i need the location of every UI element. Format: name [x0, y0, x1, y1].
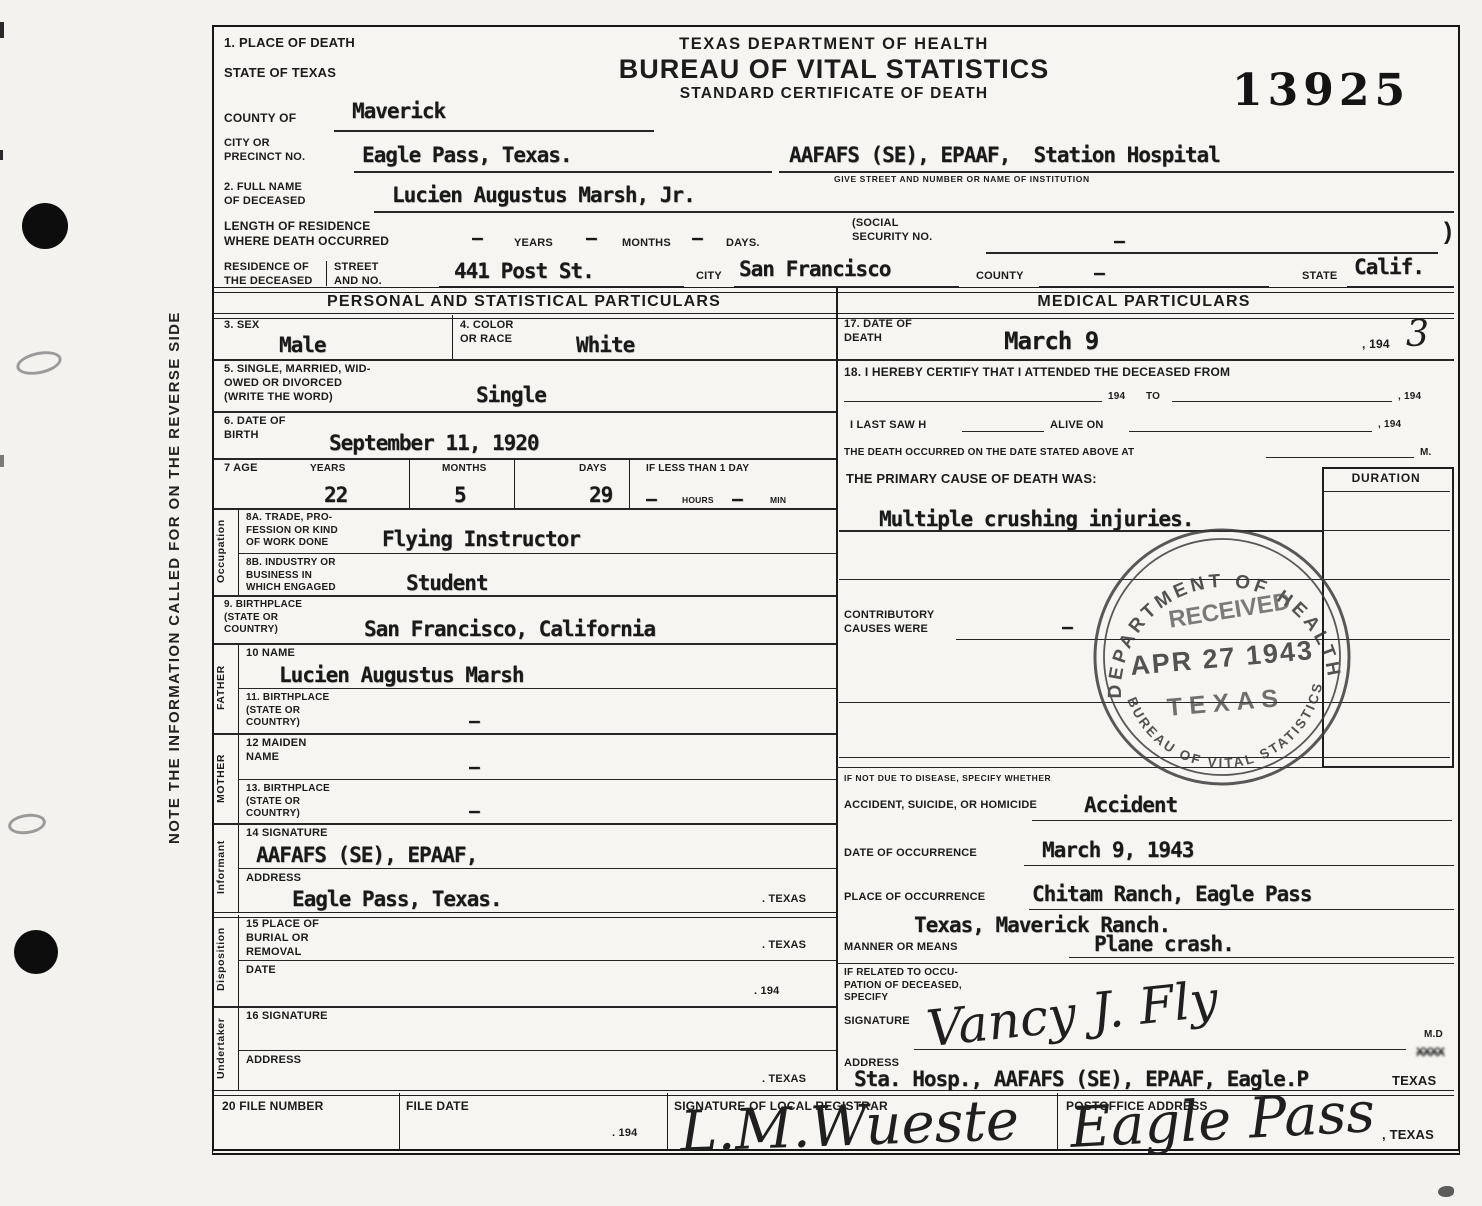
scan-mark-ring-1 — [14, 347, 64, 378]
industry-label: 8B. INDUSTRY OR BUSINESS IN WHICH ENGAGE… — [246, 557, 336, 595]
informant-address-texas: . TEXAS — [762, 893, 806, 907]
standard-certificate-title: STANDARD CERTIFICATE OF DEATH — [594, 85, 1074, 103]
months-label: MONTHS — [622, 237, 671, 251]
informant-address-value: Eagle Pass, Texas. — [292, 889, 502, 910]
date-of-death-year-handwritten: 3 — [1406, 317, 1429, 353]
hours-label: HOURS — [682, 495, 714, 506]
county-dash: — — [1094, 265, 1104, 283]
birthplace-value: San Francisco, California — [364, 619, 655, 640]
state-label: STATE — [1302, 270, 1337, 284]
footer-divider-2 — [667, 1093, 668, 1149]
accident-suicide-label: ACCIDENT, SUICIDE, OR HOMICIDE — [844, 799, 1037, 813]
md-label: M.D — [1424, 1029, 1443, 1042]
burial-date-label: DATE — [246, 964, 276, 978]
residence-months-dash: — — [586, 230, 596, 248]
informant-side-label: Informant — [215, 825, 235, 910]
street-and-no-label: STREET AND NO. — [334, 261, 382, 289]
place-of-occurrence-value: Chitam Ranch, Eagle Pass — [1032, 884, 1311, 905]
ssn-fill-line — [986, 252, 1438, 254]
place-of-death-label: 1. PLACE OF DEATH — [224, 35, 355, 51]
certify-194a: 194 — [1108, 391, 1125, 404]
ssn-dash: — — [1114, 233, 1124, 251]
residence-years-dash: — — [472, 230, 482, 248]
informant-border — [214, 912, 836, 918]
burial-date-stub: . 194 — [754, 985, 779, 999]
file-number-label: 20 FILE NUMBER — [222, 1099, 323, 1114]
age-years-value: 22 — [324, 485, 347, 506]
medical-section-title: MEDICAL PARTICULARS — [894, 293, 1394, 311]
city-value: San Francisco — [739, 259, 890, 280]
place-of-occurrence-label: PLACE OF OCCURRENCE — [844, 891, 985, 905]
certificate-form: 1. PLACE OF DEATH STATE OF TEXAS TEXAS D… — [212, 25, 1460, 1155]
punch-hole-bottom — [14, 930, 58, 974]
mother-birthplace-dash: — — [469, 803, 479, 821]
occupation-strip-divider — [238, 508, 239, 595]
physician-signature-label: SIGNATURE — [844, 1015, 910, 1029]
related-cell-border — [836, 963, 1454, 964]
certificate-number: 13925 — [1232, 65, 1410, 116]
residence-days-dash: — — [692, 230, 702, 248]
footer-divider-1 — [399, 1093, 400, 1149]
informant-signature-label: 14 SIGNATURE — [246, 827, 328, 841]
contributory-dash: — — [1062, 619, 1072, 637]
burial-fill-line — [238, 960, 836, 961]
birthplace-label: 9. BIRTHPLACE (STATE OR COUNTRY) — [224, 599, 302, 637]
full-name-label: 2. FULL NAME OF DECEASED — [224, 181, 306, 209]
father-border — [214, 733, 836, 735]
last-saw-fill-2 — [1129, 431, 1372, 432]
date-of-birth-value: September 11, 1920 — [329, 433, 539, 454]
informant-address-label: ADDRESS — [246, 872, 301, 886]
row9-border — [214, 643, 836, 645]
disposition-border — [214, 1006, 836, 1008]
last-saw-mid: ALIVE ON — [1050, 419, 1104, 433]
undertaker-sig-fill-line — [238, 1050, 836, 1051]
edge-mark-1 — [0, 22, 4, 38]
father-birthplace-dash: — — [469, 713, 479, 731]
manner-fill-line — [1069, 957, 1454, 958]
date-of-occurrence-value: March 9, 1943 — [1042, 840, 1193, 861]
days-label: DAYS. — [726, 237, 760, 251]
trade-fill-line — [238, 553, 836, 554]
state-of-texas-label: STATE OF TEXAS — [224, 65, 336, 81]
hours-dash: — — [646, 491, 656, 509]
footer-divider-3 — [1057, 1093, 1058, 1149]
physician-address-texas-overlap: TEXAS — [1392, 1073, 1436, 1089]
accident-fill-line — [1032, 820, 1452, 821]
personal-section-title: PERSONAL AND STATISTICAL PARTICULARS — [254, 293, 794, 311]
color-race-value: White — [576, 335, 634, 356]
city-label: CITY — [696, 270, 722, 284]
sex-value: Male — [279, 335, 326, 356]
received-stamp: DEPARTMENT OF HEALTH BUREAU OF VITAL STA… — [1072, 507, 1371, 806]
institution-fill-line — [779, 171, 1454, 173]
age-days-value: 29 — [589, 485, 612, 506]
postoffice-texas-suffix: , TEXAS — [1382, 1127, 1434, 1143]
county-label-2: COUNTY — [976, 270, 1024, 284]
sex-color-divider — [452, 315, 453, 359]
section-title-underline — [214, 313, 1454, 319]
not-disease-line: IF NOT DUE TO DISEASE, SPECIFY WHETHER — [844, 773, 1051, 784]
margin-note-vertical: NOTE THE INFORMATION CALLED FOR ON THE R… — [166, 228, 196, 928]
last-saw-pre: I LAST SAW H — [850, 419, 926, 433]
row34-border — [214, 359, 836, 361]
top-section-separator — [214, 287, 1454, 293]
row7-border — [214, 508, 836, 510]
full-name-value: Lucien Augustus Marsh, Jr. — [392, 185, 695, 206]
file-date-label: FILE DATE — [406, 1099, 469, 1114]
trade-value: Flying Instructor — [382, 529, 580, 550]
row17-border — [836, 359, 1454, 361]
length-of-residence-label: LENGTH OF RESIDENCE WHERE DEATH OCCURRED — [224, 219, 389, 249]
age-divider-1 — [409, 458, 410, 508]
mother-side-label: MOTHER — [215, 735, 235, 821]
street-value: 441 Post St. — [454, 261, 594, 282]
min-dash: — — [732, 491, 742, 509]
certify-fill-line-1 — [844, 401, 1102, 402]
age-years-label: YEARS — [310, 463, 345, 476]
burial-label: 15 PLACE OF BURIAL OR REMOVAL — [246, 918, 319, 959]
physician-signature-line — [914, 1049, 1406, 1050]
death-occurred-suffix: M. — [1420, 447, 1432, 460]
certify-line: 18. I HEREBY CERTIFY THAT I ATTENDED THE… — [844, 365, 1230, 380]
trade-label: 8A. TRADE, PRO- FESSION OR KIND OF WORK … — [246, 512, 338, 550]
ssn-close-paren: ) — [1444, 217, 1452, 247]
last-saw-fill-1 — [962, 431, 1044, 432]
institution-value: AAFAFS (SE), EPAAF, Station Hospital — [789, 145, 1220, 166]
postoffice-address-script: Eagle Pass — [1069, 1085, 1377, 1157]
informant-signature-value: AAFAFS (SE), EPAAF, — [256, 845, 477, 866]
industry-value: Student — [406, 573, 488, 594]
marital-status-value: Single — [476, 385, 546, 406]
certify-to-label: TO — [1146, 391, 1160, 404]
residence-label-divider — [326, 261, 327, 286]
ink-smudge-bottom-right — [1438, 1186, 1454, 1197]
md-strikeout-mark: XXXX — [1416, 1045, 1444, 1059]
undertaker-address-texas: . TEXAS — [762, 1073, 806, 1087]
undertaker-side-label: Undertaker — [215, 1008, 235, 1088]
row5-border — [214, 411, 836, 413]
certify-194b: , 194 — [1398, 391, 1421, 404]
bureau-title: BUREAU OF VITAL STATISTICS — [574, 54, 1094, 85]
date-of-occurrence-label: DATE OF OCCURRENCE — [844, 847, 977, 861]
certify-fill-line-2 — [1172, 401, 1392, 402]
ssn-label: (SOCIAL SECURITY NO. — [852, 217, 932, 245]
min-label: MIN — [770, 495, 786, 506]
maiden-name-dash: — — [469, 759, 479, 777]
punch-hole-top — [22, 203, 68, 249]
occupation-side-label: Occupation — [215, 510, 235, 593]
sex-label: 3. SEX — [224, 319, 259, 333]
father-side-label: FATHER — [215, 645, 235, 731]
maiden-fill-line — [238, 779, 836, 780]
physician-signature-script: Vancy J. Fly — [924, 974, 1220, 1054]
date-of-birth-label: 6. DATE OF BIRTH — [224, 415, 286, 443]
informant-sig-fill-line — [238, 868, 836, 869]
duration-label: DURATION — [1322, 471, 1450, 486]
undertaker-address-label: ADDRESS — [246, 1054, 301, 1068]
city-precinct-value: Eagle Pass, Texas. — [362, 145, 572, 166]
full-name-fill-line — [374, 211, 1454, 213]
death-occurred-fill — [1266, 457, 1414, 458]
dept-of-health-title: TEXAS DEPARTMENT OF HEALTH — [594, 35, 1074, 54]
stamp-state-text: TEXAS — [1166, 684, 1286, 722]
file-date-stub: . 194 — [612, 1127, 637, 1141]
father-name-fill-line — [238, 688, 836, 689]
age-divider-3 — [629, 458, 630, 508]
burial-texas: . TEXAS — [762, 939, 806, 953]
father-name-label: 10 NAME — [246, 647, 295, 661]
undertaker-strip-divider — [238, 1006, 239, 1090]
registrar-signature-script: L.M.Wueste — [679, 1093, 1020, 1161]
mother-birthplace-label: 13. BIRTHPLACE (STATE OR COUNTRY) — [246, 783, 330, 821]
county-fill-line — [334, 130, 654, 132]
edge-mark-2 — [0, 150, 3, 160]
edge-mark-3 — [0, 455, 4, 467]
undertaker-signature-label: 16 SIGNATURE — [246, 1010, 328, 1024]
county-value: Maverick — [352, 101, 445, 122]
date-of-death-year-prefix: , 194 — [1362, 337, 1390, 352]
maiden-name-label: 12 MAIDEN NAME — [246, 737, 306, 765]
scan-mark-ring-2 — [7, 811, 47, 836]
county-of-label: COUNTY OF — [224, 111, 296, 126]
state-value: Calif. — [1354, 257, 1424, 278]
manner-or-means-value: Plane crash. — [1094, 934, 1234, 955]
age-months-label: MONTHS — [442, 463, 487, 476]
age-months-value: 5 — [454, 485, 466, 506]
residence-of-deceased-label: RESIDENCE OF THE DECEASED — [224, 261, 313, 289]
contributory-causes-label: CONTRIBUTORY CAUSES WERE — [844, 609, 934, 637]
age-less-than-day-label: IF LESS THAN 1 DAY — [646, 463, 749, 476]
color-race-label: 4. COLOR OR RACE — [460, 319, 514, 347]
occupation-border — [214, 595, 836, 597]
last-saw-194: , 194 — [1378, 419, 1401, 432]
row6-border — [214, 458, 836, 460]
age-divider-2 — [514, 458, 515, 508]
manner-or-means-label: MANNER OR MEANS — [844, 941, 958, 955]
main-column-divider — [836, 287, 838, 1090]
age-days-label: DAYS — [579, 463, 607, 476]
institution-note: GIVE STREET AND NUMBER OR NAME OF INSTIT… — [834, 174, 1090, 185]
marital-status-label: 5. SINGLE, MARRIED, WID- OWED OR DIVORCE… — [224, 363, 371, 404]
age-label: 7 AGE — [224, 462, 258, 476]
father-birthplace-label: 11. BIRTHPLACE (STATE OR COUNTRY) — [246, 692, 329, 730]
occurrence-date-fill-line — [1024, 865, 1454, 866]
years-label: YEARS — [514, 237, 553, 251]
date-of-death-label: 17. DATE OF DEATH — [844, 318, 912, 346]
occurrence-place-fill-line — [1029, 909, 1454, 910]
death-occurred-line: THE DEATH OCCURRED ON THE DATE STATED AB… — [844, 447, 1134, 460]
city-fill-line — [354, 171, 772, 173]
duration-title-underline — [1322, 491, 1450, 492]
scanned-death-certificate-page: NOTE THE INFORMATION CALLED FOR ON THE R… — [0, 0, 1482, 1206]
city-precinct-label: CITY OR PRECINCT NO. — [224, 137, 305, 165]
mother-strip-divider — [238, 733, 239, 823]
father-name-value: Lucien Augustus Marsh — [279, 665, 524, 686]
mother-border — [214, 823, 836, 825]
date-of-death-value: March 9 — [1004, 329, 1098, 353]
primary-cause-label: THE PRIMARY CAUSE OF DEATH WAS: — [846, 471, 1097, 487]
disposition-side-label: Disposition — [215, 917, 235, 1002]
stamp-date-text: APR 27 1943 — [1129, 635, 1315, 681]
